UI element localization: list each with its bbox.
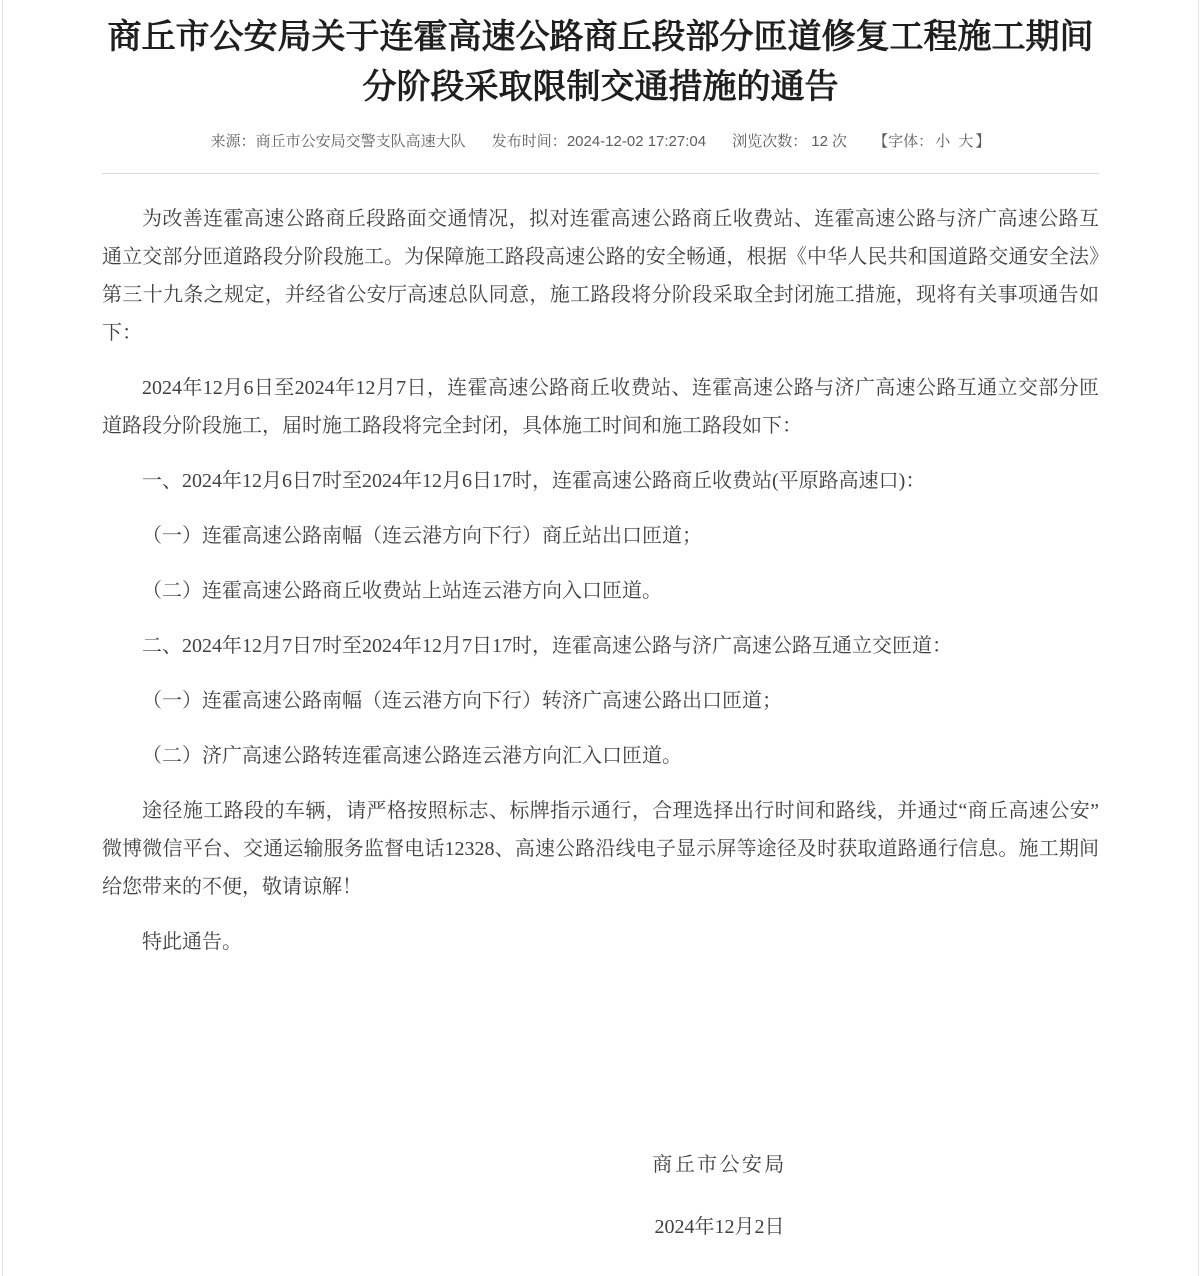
paragraph-section-1-item-2: （二）连霍高速公路商丘收费站上站连云港方向入口匝道。 — [102, 572, 1099, 610]
page-title: 商丘市公安局关于连霍高速公路商丘段部分匝道修复工程施工期间 分阶段采取限制交通措… — [102, 12, 1099, 112]
signature-date: 2024年12月2日 — [340, 1208, 1099, 1246]
meta-publish-label: 发布时间： — [492, 133, 567, 150]
font-ctrl-suffix: 】 — [975, 133, 990, 150]
paragraph-schedule-overview: 2024年12月6日至2024年12月7日，连霍高速公路商丘收费站、连霍高速公路… — [102, 369, 1099, 445]
meta-publish-time: 发布时间：2024-12-02 17:27:04 — [492, 133, 706, 150]
paragraph-advice: 途径施工路段的车辆，请严格按照标志、标牌指示通行，合理选择出行时间和路线，并通过… — [102, 792, 1099, 906]
meta-source-label: 来源： — [211, 133, 256, 150]
notice-page: 商丘市公安局关于连霍高速公路商丘段部分匝道修复工程施工期间 分阶段采取限制交通措… — [2, 0, 1199, 1276]
paragraph-section-2-item-2: （二）济广高速公路转连霍高速公路连云港方向汇入口匝道。 — [102, 737, 1099, 775]
paragraph-section-1-item-1: （一）连霍高速公路南幅（连云港方向下行）商丘站出口匝道； — [102, 517, 1099, 555]
meta-view-count: 浏览次数：12次 — [732, 133, 847, 150]
font-smaller-button[interactable]: 小 — [935, 133, 950, 150]
font-ctrl-prefix: 【字体： — [873, 133, 933, 150]
paragraph-section-1: 一、2024年12月6日7时至2024年12月6日17时，连霍高速公路商丘收费站… — [102, 462, 1099, 500]
meta-views-number: 12 — [811, 133, 828, 150]
notice-content: 商丘市公安局关于连霍高速公路商丘段部分匝道修复工程施工期间 分阶段采取限制交通措… — [3, 12, 1198, 1246]
font-size-control: 【字体：小 大】 — [873, 133, 990, 150]
paragraph-section-2-item-1: （一）连霍高速公路南幅（连云港方向下行）转济广高速公路出口匝道； — [102, 682, 1099, 720]
article-meta: 来源：商丘市公安局交警支队高速大队 发布时间：2024-12-02 17:27:… — [102, 132, 1099, 152]
page-title-line-2: 分阶段采取限制交通措施的通告 — [102, 62, 1099, 112]
paragraph-intro: 为改善连霍高速公路商丘段路面交通情况，拟对连霍高速公路商丘收费站、连霍高速公路与… — [102, 200, 1099, 352]
meta-views-label: 浏览次数： — [732, 133, 807, 150]
signature-agency: 商丘市公安局 — [340, 1146, 1099, 1184]
meta-source-value: 商丘市公安局交警支队高速大队 — [256, 133, 466, 150]
meta-views-unit: 次 — [832, 133, 847, 150]
meta-source: 来源：商丘市公安局交警支队高速大队 — [211, 133, 466, 150]
paragraph-section-2: 二、2024年12月7日7时至2024年12月7日17时，连霍高速公路与济广高速… — [102, 627, 1099, 665]
font-larger-button[interactable]: 大 — [958, 133, 973, 150]
signature-block: 商丘市公安局 2024年12月2日 — [340, 1146, 1099, 1246]
meta-publish-value: 2024-12-02 17:27:04 — [567, 133, 706, 150]
page-title-line-1: 商丘市公安局关于连霍高速公路商丘段部分匝道修复工程施工期间 — [102, 12, 1099, 62]
article-body: 为改善连霍高速公路商丘段路面交通情况，拟对连霍高速公路商丘收费站、连霍高速公路与… — [102, 174, 1099, 1246]
paragraph-closing: 特此通告。 — [102, 923, 1099, 961]
